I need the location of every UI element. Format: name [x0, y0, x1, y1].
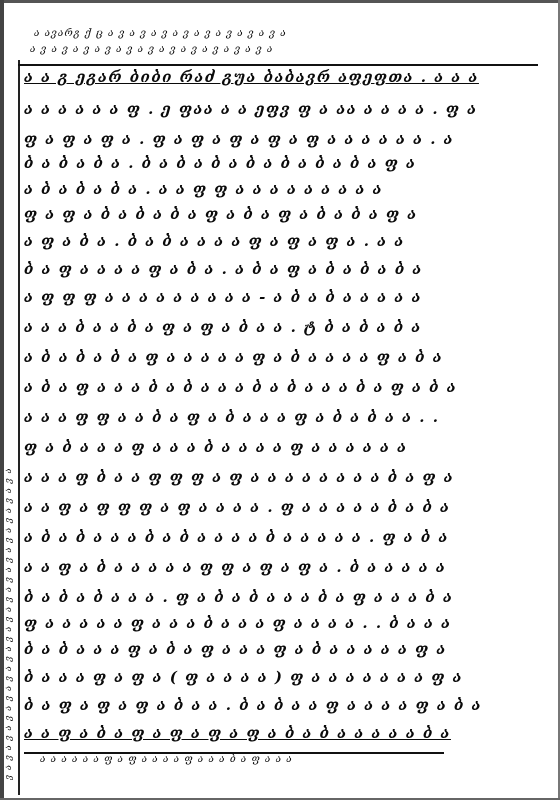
- margin-rule: [18, 60, 20, 795]
- manuscript-line: ბ ა ფ ა ა ა ა ფ ა ბ ა . ა ბ ა ფ ა ბ ა ბ …: [24, 260, 548, 282]
- manuscript-line: ფ ა ფ ა ბ ა ბ ა ბ ა ფ ა ბ ა ფ ა ბ ა ბ ა …: [24, 205, 548, 227]
- scan-border-top: [0, 0, 560, 3]
- manuscript-line: ა ფ ა ბ ა . ბ ა ბ ა ა ა ა ფ ა ფ ა ფ ა . …: [24, 232, 548, 254]
- manuscript-line: ა ა ფ ა ბ ა ფ ა ფ ა ფ ა ფ ა ბ ა ბ ა ა ა …: [24, 724, 548, 746]
- header-rule: [18, 64, 538, 66]
- manuscript-line: ა ფ ფ ფ ა ა ა ა ა ა ა ა ა - ა ბ ა ბ ა ა …: [24, 288, 548, 310]
- manuscript-line: ა ვ ა ვ ა ვ ა ვ ა ვ ა ვ ა ვ ა ვ ა ვ ა ვ …: [30, 44, 548, 58]
- manuscript-line: ა ბ ა ბ ა ბ ა ფ ა ა ა ა ა ფ ა ბ ა ა ა ა …: [24, 348, 548, 370]
- manuscript-line: ბ ა ბ ა ა ა ფ ა ბ ა ფ ა ა ა ფ ა ბ ა ა ა …: [24, 640, 548, 662]
- manuscript-line: ა ა ა ა ა ა ფ . ე ფაა ა ა ეფვ ფ ა აა ა ა…: [24, 100, 548, 122]
- manuscript-line: ფ ა ბ ა ა ა ფ ა ა ა ბ ა ა ა ა ფ ა ა ა ა …: [24, 438, 548, 460]
- manuscript-line: ა ბ ა ბ ა ბ ა . ა ა ფ ფ ა ა ა ა ა ა ა ა …: [24, 180, 548, 202]
- manuscript-page: ვ ა ვ ა ვ ა ვ ა ვ ა ვ ა ვ ა ვ ა ვ ა ვ ა …: [0, 0, 560, 800]
- manuscript-line: ა ა ა ბ ა ა ბ ა ფ ა ფ ა ბ ა ა . ტ ბ ა ბ …: [24, 318, 548, 340]
- manuscript-line: ბ ა ა ა ფ ა ფ ა ( ფ ა ა ა ა ) ფ ა ა ა ა …: [24, 668, 548, 690]
- manuscript-line: ა ა ფ ა ფ ფ ფ ა ფ ა ა ა ა . ფ ა ა ა ა ა …: [24, 498, 548, 520]
- manuscript-line: ა ბ ა ბ ა ა ა ბ ა ბ ა ა ა ა ბ ა ა ა ა ა …: [24, 528, 548, 550]
- manuscript-line: ბ ა ფ ა ფ ა ფ ა ბ ა ა . ბ ა ბ ა ა ფ ა ა …: [24, 696, 548, 718]
- manuscript-line: ა ბ ა ფ ა ა ა ბ ა ბ ა ა ა ბ ა ბ ა ა ა ბ …: [24, 378, 548, 400]
- manuscript-line: ა ა ა ფ ფ ა ა ბ ა ფ ა ბ ა ა ა ფ ა ბ ა ბ …: [24, 408, 548, 430]
- manuscript-line: ა ა ა ა ა ა ფ ა ფ ა ა ა ა ფ ა ა ა ბ ა ფ …: [40, 754, 548, 768]
- manuscript-line: ა ა ა ფ ბ ა ა ფ ფ ფ ა ფ ა ა ა ა ა ა ა ა …: [24, 468, 548, 490]
- manuscript-line: ბ ა ბ ა ბ ა ა ა . ფ ა ბ ა ბ ა ა ა ბ ა ფ …: [24, 588, 548, 610]
- manuscript-line: ფ ა ა ა ა ა ფ ა ა ა ბ ა ა ა ფ ა ა ა ა . …: [24, 614, 548, 636]
- manuscript-line: ა ა ფ ა ბ ა ა ა ა ა ფ ფ ა ფ ა ფ ა . ბ ა …: [24, 558, 548, 580]
- manuscript-line: ა ავარგ ქ ც ა ვ ა ვ ა ვ ა ვ ა ვ ა ვ ა ვ …: [34, 28, 548, 42]
- manuscript-line: ა ა გ ეგარ ბიბი რაძ გუა ბაბავრ აფეფთა . …: [24, 68, 548, 90]
- manuscript-line: ბ ა ბ ა ბ ა . ბ ა ბ ა ბ ა ბ ა ბ ა ბ ა ბ …: [24, 154, 548, 176]
- manuscript-line: ფ ა ფ ა ფ ა . ფ ა ფ ა ფ ა ფ ა ფ ა ა ა ა …: [24, 130, 548, 152]
- margin-note: ვ ა ვ ა ვ ა ვ ა ვ ა ვ ა ვ ა ვ ა ვ ა ვ ა …: [4, 60, 18, 780]
